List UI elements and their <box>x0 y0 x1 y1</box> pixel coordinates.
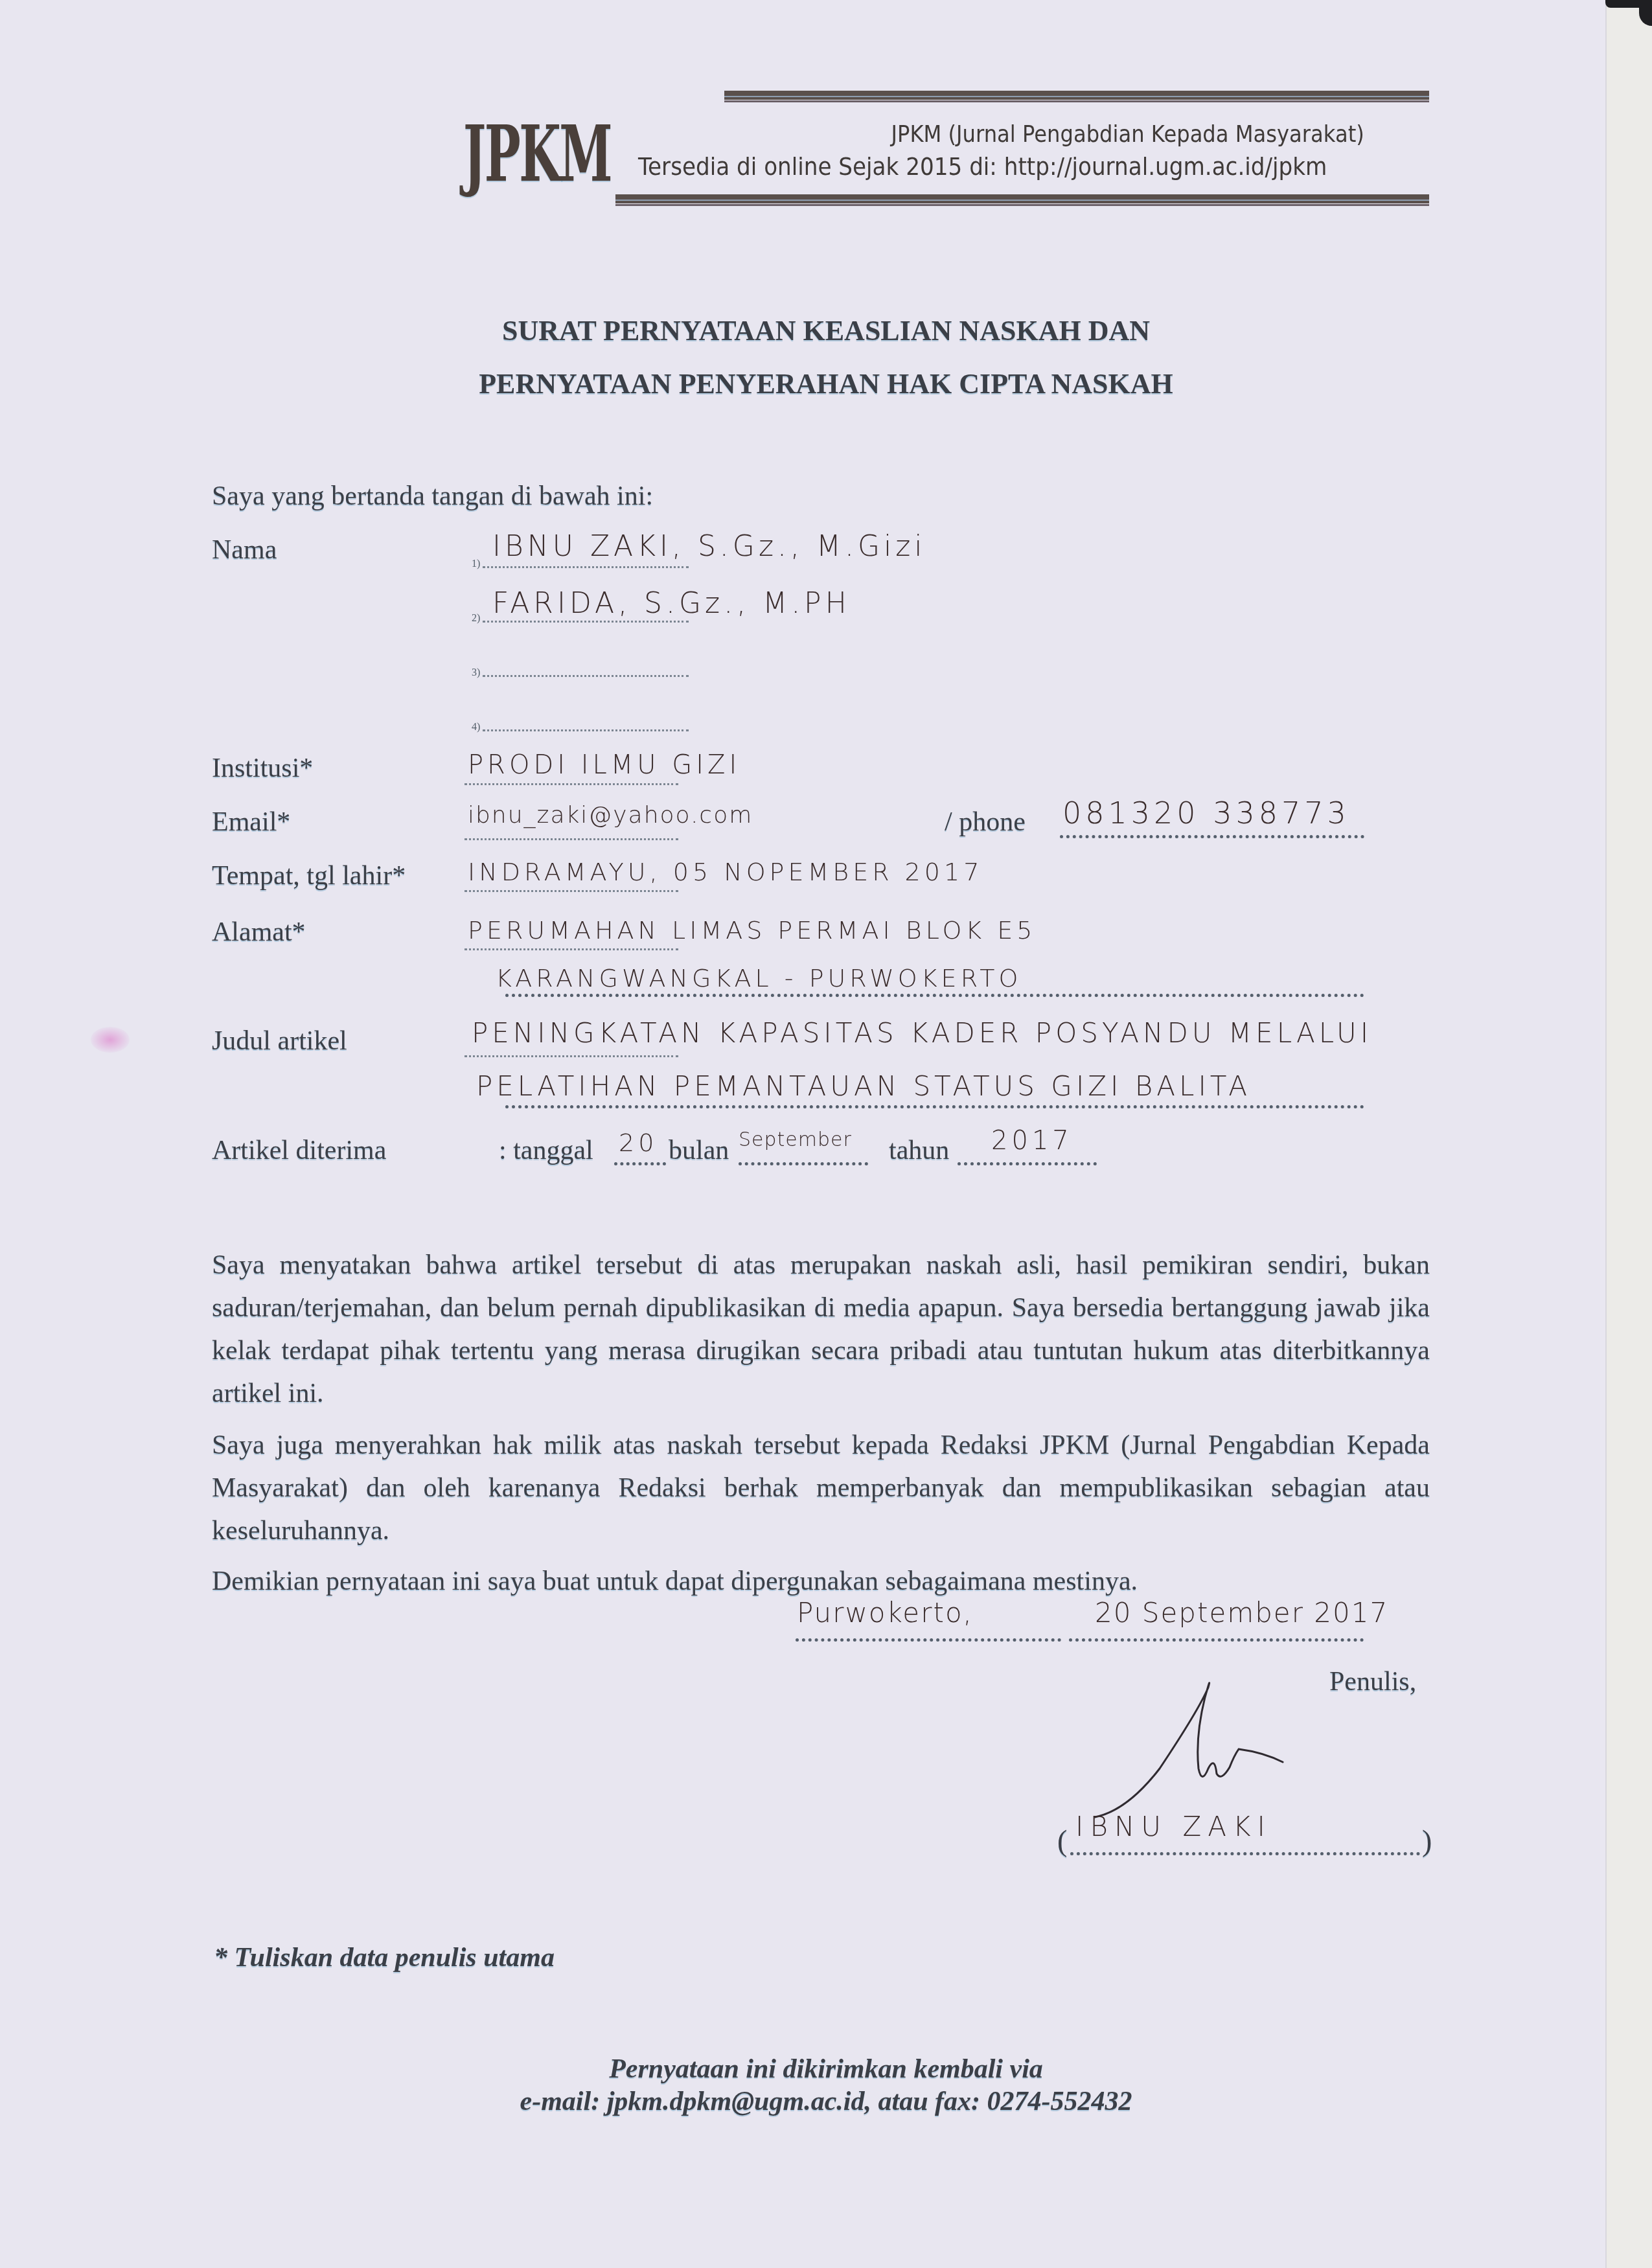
date-line <box>1069 1636 1364 1642</box>
bulan-field[interactable]: September <box>739 1128 852 1151</box>
signature-mark <box>1069 1671 1341 1827</box>
header-rule-bottom <box>615 194 1429 206</box>
close-paren: ) <box>1422 1824 1432 1858</box>
statement-paragraph-originality: Saya menyatakan bahwa artikel tersebut d… <box>212 1244 1430 1415</box>
alamat-field-line1[interactable]: PERUMAHAN LIMAS PERMAI BLOK E5 <box>468 916 1037 945</box>
name-number-3: 3) <box>472 667 480 679</box>
intro-text: Saya yang bertanda tangan di bawah ini: <box>212 481 653 512</box>
judul-artikel-field-line2[interactable]: PELATIHAN PEMANTAUAN STATUS GIZI BALITA <box>476 1070 1251 1102</box>
journal-online-info: Tersedia di online Sejak 2015 di: http:/… <box>638 152 1327 181</box>
tempat-tgl-lahir-field[interactable]: INDRAMAYU, 05 NOPEMBER 2017 <box>468 858 983 886</box>
institusi-label: Institusi* <box>212 753 313 784</box>
name-number-1: 1) <box>472 558 480 570</box>
name-field-1[interactable]: IBNU ZAKI, S.Gz., M.Gizi <box>492 530 926 563</box>
journal-name: JPKM (Jurnal Pengabdian Kepada Masyaraka… <box>891 122 1364 148</box>
judul-artikel-label: Judul artikel <box>212 1025 347 1057</box>
signature-place[interactable]: Purwokerto, <box>797 1597 973 1629</box>
alamat-field-line2[interactable]: KARANGWANGKAL - PURWOKERTO <box>496 964 1022 992</box>
alamat-line-2 <box>505 991 1364 997</box>
open-paren: ( <box>1057 1824 1067 1858</box>
judul-line-1 <box>465 1053 678 1057</box>
email-field[interactable]: ibnu_zaki@yahoo.com <box>468 802 753 829</box>
name-field-4[interactable] <box>483 727 689 731</box>
signature-date[interactable]: 20 September 2017 <box>1095 1597 1388 1629</box>
alamat-label: Alamat* <box>212 917 306 948</box>
email-label: Email* <box>212 807 290 838</box>
document-title-line1: SURAT PERNYATAAN KEASLIAN NASKAH DAN <box>0 314 1652 347</box>
alamat-line-1 <box>465 946 678 950</box>
ink-stain <box>91 1027 130 1053</box>
judul-line-2 <box>505 1103 1364 1108</box>
footer-line2: e-mail: jpkm.dpkm@ugm.ac.id, atau fax: 0… <box>0 2086 1652 2117</box>
email-line <box>465 836 678 840</box>
place-line <box>796 1636 1061 1642</box>
tanggal-line <box>614 1160 666 1165</box>
tanggal-label: : tanggal <box>499 1135 593 1166</box>
scanner-edge <box>1605 0 1652 2268</box>
name-field-3[interactable] <box>483 672 689 677</box>
journal-logo: JPKM <box>463 115 611 193</box>
name-number-4: 4) <box>472 722 480 733</box>
ttl-line <box>465 888 678 892</box>
statement-paragraph-copyright: Saya juga menyerahkan hak milik atas nas… <box>212 1424 1430 1552</box>
tahun-line <box>958 1160 1097 1165</box>
tahun-field[interactable]: 2017 <box>991 1126 1073 1156</box>
document-title-line2: PERNYATAAN PENYERAHAN HAK CIPTA NASKAH <box>0 367 1652 400</box>
judul-artikel-field-line1[interactable]: PENINGKATAN KAPASITAS KADER POSYANDU MEL… <box>472 1017 1372 1049</box>
phone-field[interactable]: 081320 338773 <box>1062 796 1350 830</box>
header-rule-top <box>724 91 1429 102</box>
institusi-line <box>465 781 678 785</box>
footnote: * Tuliskan data penulis utama <box>214 1942 555 1973</box>
phone-label: / phone <box>945 807 1026 838</box>
nama-label: Nama <box>212 534 277 566</box>
penulis-label: Penulis, <box>1329 1666 1416 1697</box>
tempat-tgl-lahir-label: Tempat, tgl lahir* <box>212 860 406 891</box>
tanggal-field[interactable]: 20 <box>619 1128 658 1157</box>
name-field-2[interactable]: FARIDA, S.Gz., M.PH <box>492 587 851 620</box>
signature-name-line <box>1070 1850 1420 1855</box>
name-field-1-line <box>483 564 689 568</box>
phone-line <box>1060 832 1364 838</box>
artikel-diterima-label: Artikel diterima <box>212 1135 386 1166</box>
signature-name[interactable]: IBNU ZAKI <box>1075 1811 1272 1842</box>
bulan-label: bulan <box>669 1135 729 1166</box>
name-number-2: 2) <box>472 613 480 624</box>
institusi-field[interactable]: PRODI ILMU GIZI <box>468 750 740 780</box>
footer-line1: Pernyataan ini dikirimkan kembali via <box>0 2054 1652 2085</box>
document-page: JPKM JPKM (Jurnal Pengabdian Kepada Masy… <box>0 0 1600 2268</box>
bulan-line <box>739 1160 868 1165</box>
tahun-label: tahun <box>889 1135 949 1166</box>
